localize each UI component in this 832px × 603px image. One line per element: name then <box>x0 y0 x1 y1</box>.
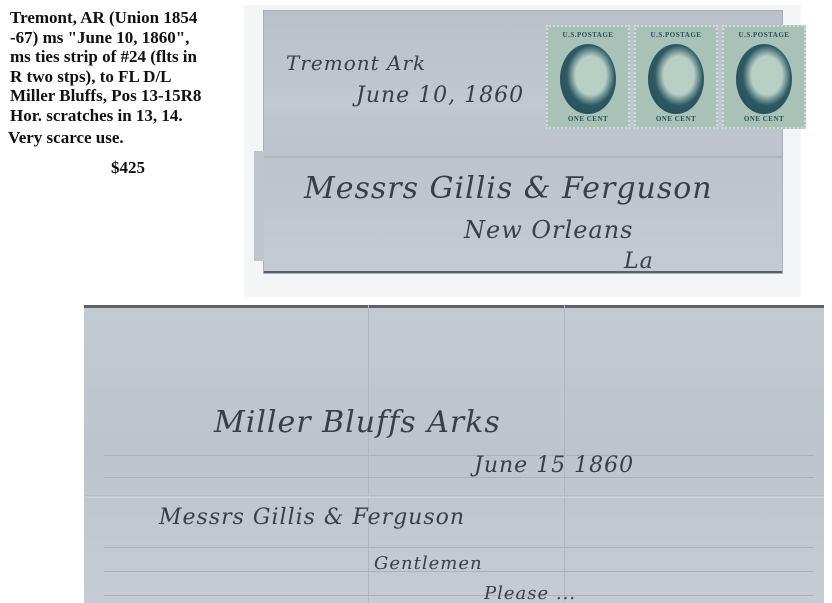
fold-line <box>368 305 369 603</box>
letter-greeting: Gentlemen <box>374 553 483 574</box>
address-line-2: New Orleans <box>464 216 633 244</box>
description-line: Hor. scratches in 13, 14. <box>10 106 240 126</box>
fold-line <box>84 495 824 498</box>
stamp-top-label: U.S.POSTAGE <box>636 31 716 39</box>
description-line: Tremont, AR (Union 1854 <box>10 8 240 28</box>
stamp-denomination: ONE CENT <box>724 115 804 123</box>
letter-body-start: Please ... <box>484 583 576 603</box>
fold-line <box>264 156 782 158</box>
price-label: $425 <box>111 158 240 178</box>
folded-letter-cover: Tremont Ark June 10, 1860 U.S.POSTAGE ON… <box>264 11 782 273</box>
franklin-portrait-icon <box>736 44 792 114</box>
franklin-portrait-icon <box>648 44 704 114</box>
manuscript-date-postmark: June 10, 1860 <box>356 83 524 108</box>
stamp-strip: U.S.POSTAGE ONE CENT U.S.POSTAGE ONE CEN… <box>546 25 806 129</box>
listing-description: Tremont, AR (Union 1854 -67) ms "June 10… <box>10 8 240 177</box>
letter-heading-place: Miller Bluffs Arks <box>214 405 501 440</box>
franklin-1c-stamp: U.S.POSTAGE ONE CENT <box>722 25 806 129</box>
letter-image: Miller Bluffs Arks June 15 1860 Messrs G… <box>84 305 824 603</box>
franklin-1c-stamp: U.S.POSTAGE ONE CENT <box>546 25 630 129</box>
stamp-denomination: ONE CENT <box>548 115 628 123</box>
scarcity-note: Very scarce use. <box>8 128 240 148</box>
ruled-line <box>104 595 814 596</box>
description-line: R two stps), to FL D/L <box>10 67 240 87</box>
franklin-1c-stamp: U.S.POSTAGE ONE CENT <box>634 25 718 129</box>
stamp-top-label: U.S.POSTAGE <box>548 31 628 39</box>
ruled-line <box>104 455 814 456</box>
stamp-top-label: U.S.POSTAGE <box>724 31 804 39</box>
letter-heading-date: June 15 1860 <box>474 453 634 478</box>
manuscript-town-postmark: Tremont Ark <box>286 51 426 75</box>
description-line: ms ties strip of #24 (flts in <box>10 47 240 67</box>
description-line: -67) ms "June 10, 1860", <box>10 28 240 48</box>
address-line-3: La <box>624 249 654 274</box>
ruled-line <box>104 547 814 548</box>
cover-image: Tremont Ark June 10, 1860 U.S.POSTAGE ON… <box>244 5 801 297</box>
letter-salutation: Messrs Gillis & Ferguson <box>159 505 465 530</box>
franklin-portrait-icon <box>560 44 616 114</box>
ruled-line <box>104 477 814 478</box>
description-line: Miller Bluffs, Pos 13-15R8 <box>10 86 240 106</box>
address-line-1: Messrs Gillis & Ferguson <box>304 171 713 206</box>
stamp-denomination: ONE CENT <box>636 115 716 123</box>
